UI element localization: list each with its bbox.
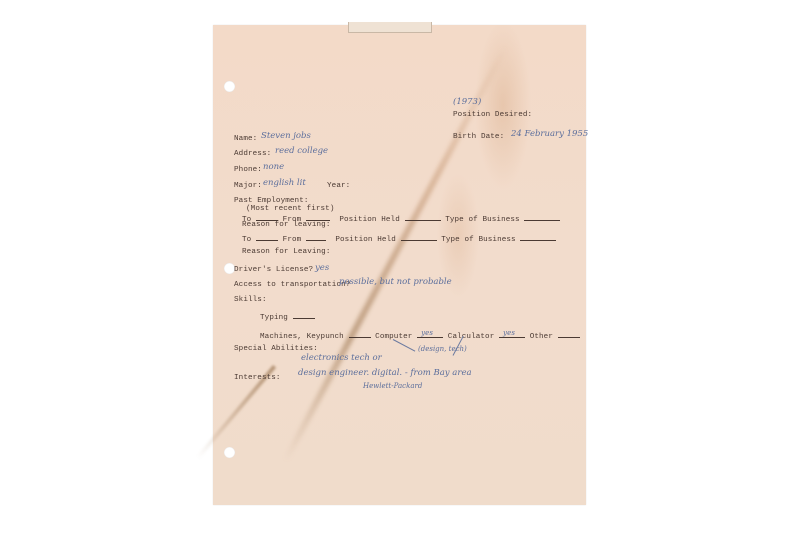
- machines-row: Machines, Keypunch Computer yes Calculat…: [260, 329, 580, 341]
- position-held-label: Position Held: [335, 236, 396, 244]
- year-label: Year:: [327, 182, 350, 190]
- to-field[interactable]: [256, 233, 278, 241]
- major-value[interactable]: english lit: [263, 178, 306, 188]
- punch-hole: [224, 447, 235, 458]
- from-field[interactable]: [306, 233, 326, 241]
- typing-label: Typing: [260, 314, 288, 322]
- special-abilities-label: Special Abilities:: [234, 345, 318, 353]
- position-held-label: Position Held: [339, 216, 400, 224]
- transportation-label: Access to transportation?: [234, 281, 350, 289]
- interests-label: Interests:: [234, 374, 281, 382]
- type-of-business-field[interactable]: [524, 213, 560, 221]
- interests-value[interactable]: design engineer. digital. - from Bay are…: [298, 368, 472, 378]
- past-employment-sublabel: (Most recent first): [246, 205, 334, 213]
- calculator-field[interactable]: yes: [499, 329, 525, 338]
- type-of-business-label: Type of Business: [445, 216, 520, 224]
- phone-value[interactable]: none: [263, 162, 284, 172]
- special-abilities-value[interactable]: electronics tech or: [301, 353, 382, 363]
- from-label: From: [283, 236, 302, 244]
- calculator-value: yes: [503, 329, 515, 337]
- typing-field[interactable]: [293, 311, 315, 319]
- from-field[interactable]: [306, 213, 330, 221]
- punch-hole: [224, 81, 235, 92]
- drivers-license-value[interactable]: yes: [315, 263, 329, 273]
- to-label: To: [242, 236, 251, 244]
- keypunch-field[interactable]: [349, 330, 371, 338]
- paper-tab: [348, 22, 432, 33]
- reason-for-leaving-label: Reason for Leaving:: [242, 248, 330, 256]
- position-desired-label: Position Desired:: [453, 111, 532, 119]
- past-employment-label: Past Employment:: [234, 197, 309, 205]
- transportation-value[interactable]: possible, but not probable: [339, 277, 452, 287]
- year-annotation: (1973): [453, 97, 481, 107]
- name-value[interactable]: Steven jobs: [261, 131, 311, 141]
- typing-row: Typing: [260, 311, 315, 322]
- employment-row-2: To From Position Held Type of Business: [242, 233, 556, 244]
- name-label: Name:: [234, 135, 257, 143]
- other-field[interactable]: [558, 330, 580, 338]
- to-field[interactable]: [256, 213, 278, 221]
- calculator-label: Calculator: [448, 333, 495, 341]
- address-value[interactable]: reed college: [275, 146, 328, 156]
- major-label: Major:: [234, 182, 262, 190]
- computer-value: yes: [421, 329, 433, 337]
- keypunch-label: Machines, Keypunch: [260, 333, 344, 341]
- skills-label: Skills:: [234, 296, 267, 304]
- type-of-business-label: Type of Business: [441, 236, 516, 244]
- type-of-business-field[interactable]: [520, 233, 556, 241]
- design-tech-note: (design, tech): [418, 345, 467, 353]
- drivers-license-label: Driver's License?: [234, 266, 313, 274]
- position-held-field[interactable]: [401, 233, 437, 241]
- address-label: Address:: [234, 150, 271, 158]
- computer-field[interactable]: yes: [417, 329, 443, 338]
- birth-date-value[interactable]: 24 February 1955: [511, 129, 588, 139]
- birth-date-label: Birth Date:: [453, 133, 504, 141]
- application-form-paper: (1973) Position Desired: Birth Date: 24 …: [213, 25, 586, 505]
- phone-label: Phone:: [234, 166, 262, 174]
- other-label: Other: [530, 333, 553, 341]
- position-held-field[interactable]: [405, 213, 441, 221]
- interests-value-line2: Hewlett-Packard: [363, 382, 422, 390]
- reason-for-leaving-label: Reason for leaving:: [242, 221, 330, 229]
